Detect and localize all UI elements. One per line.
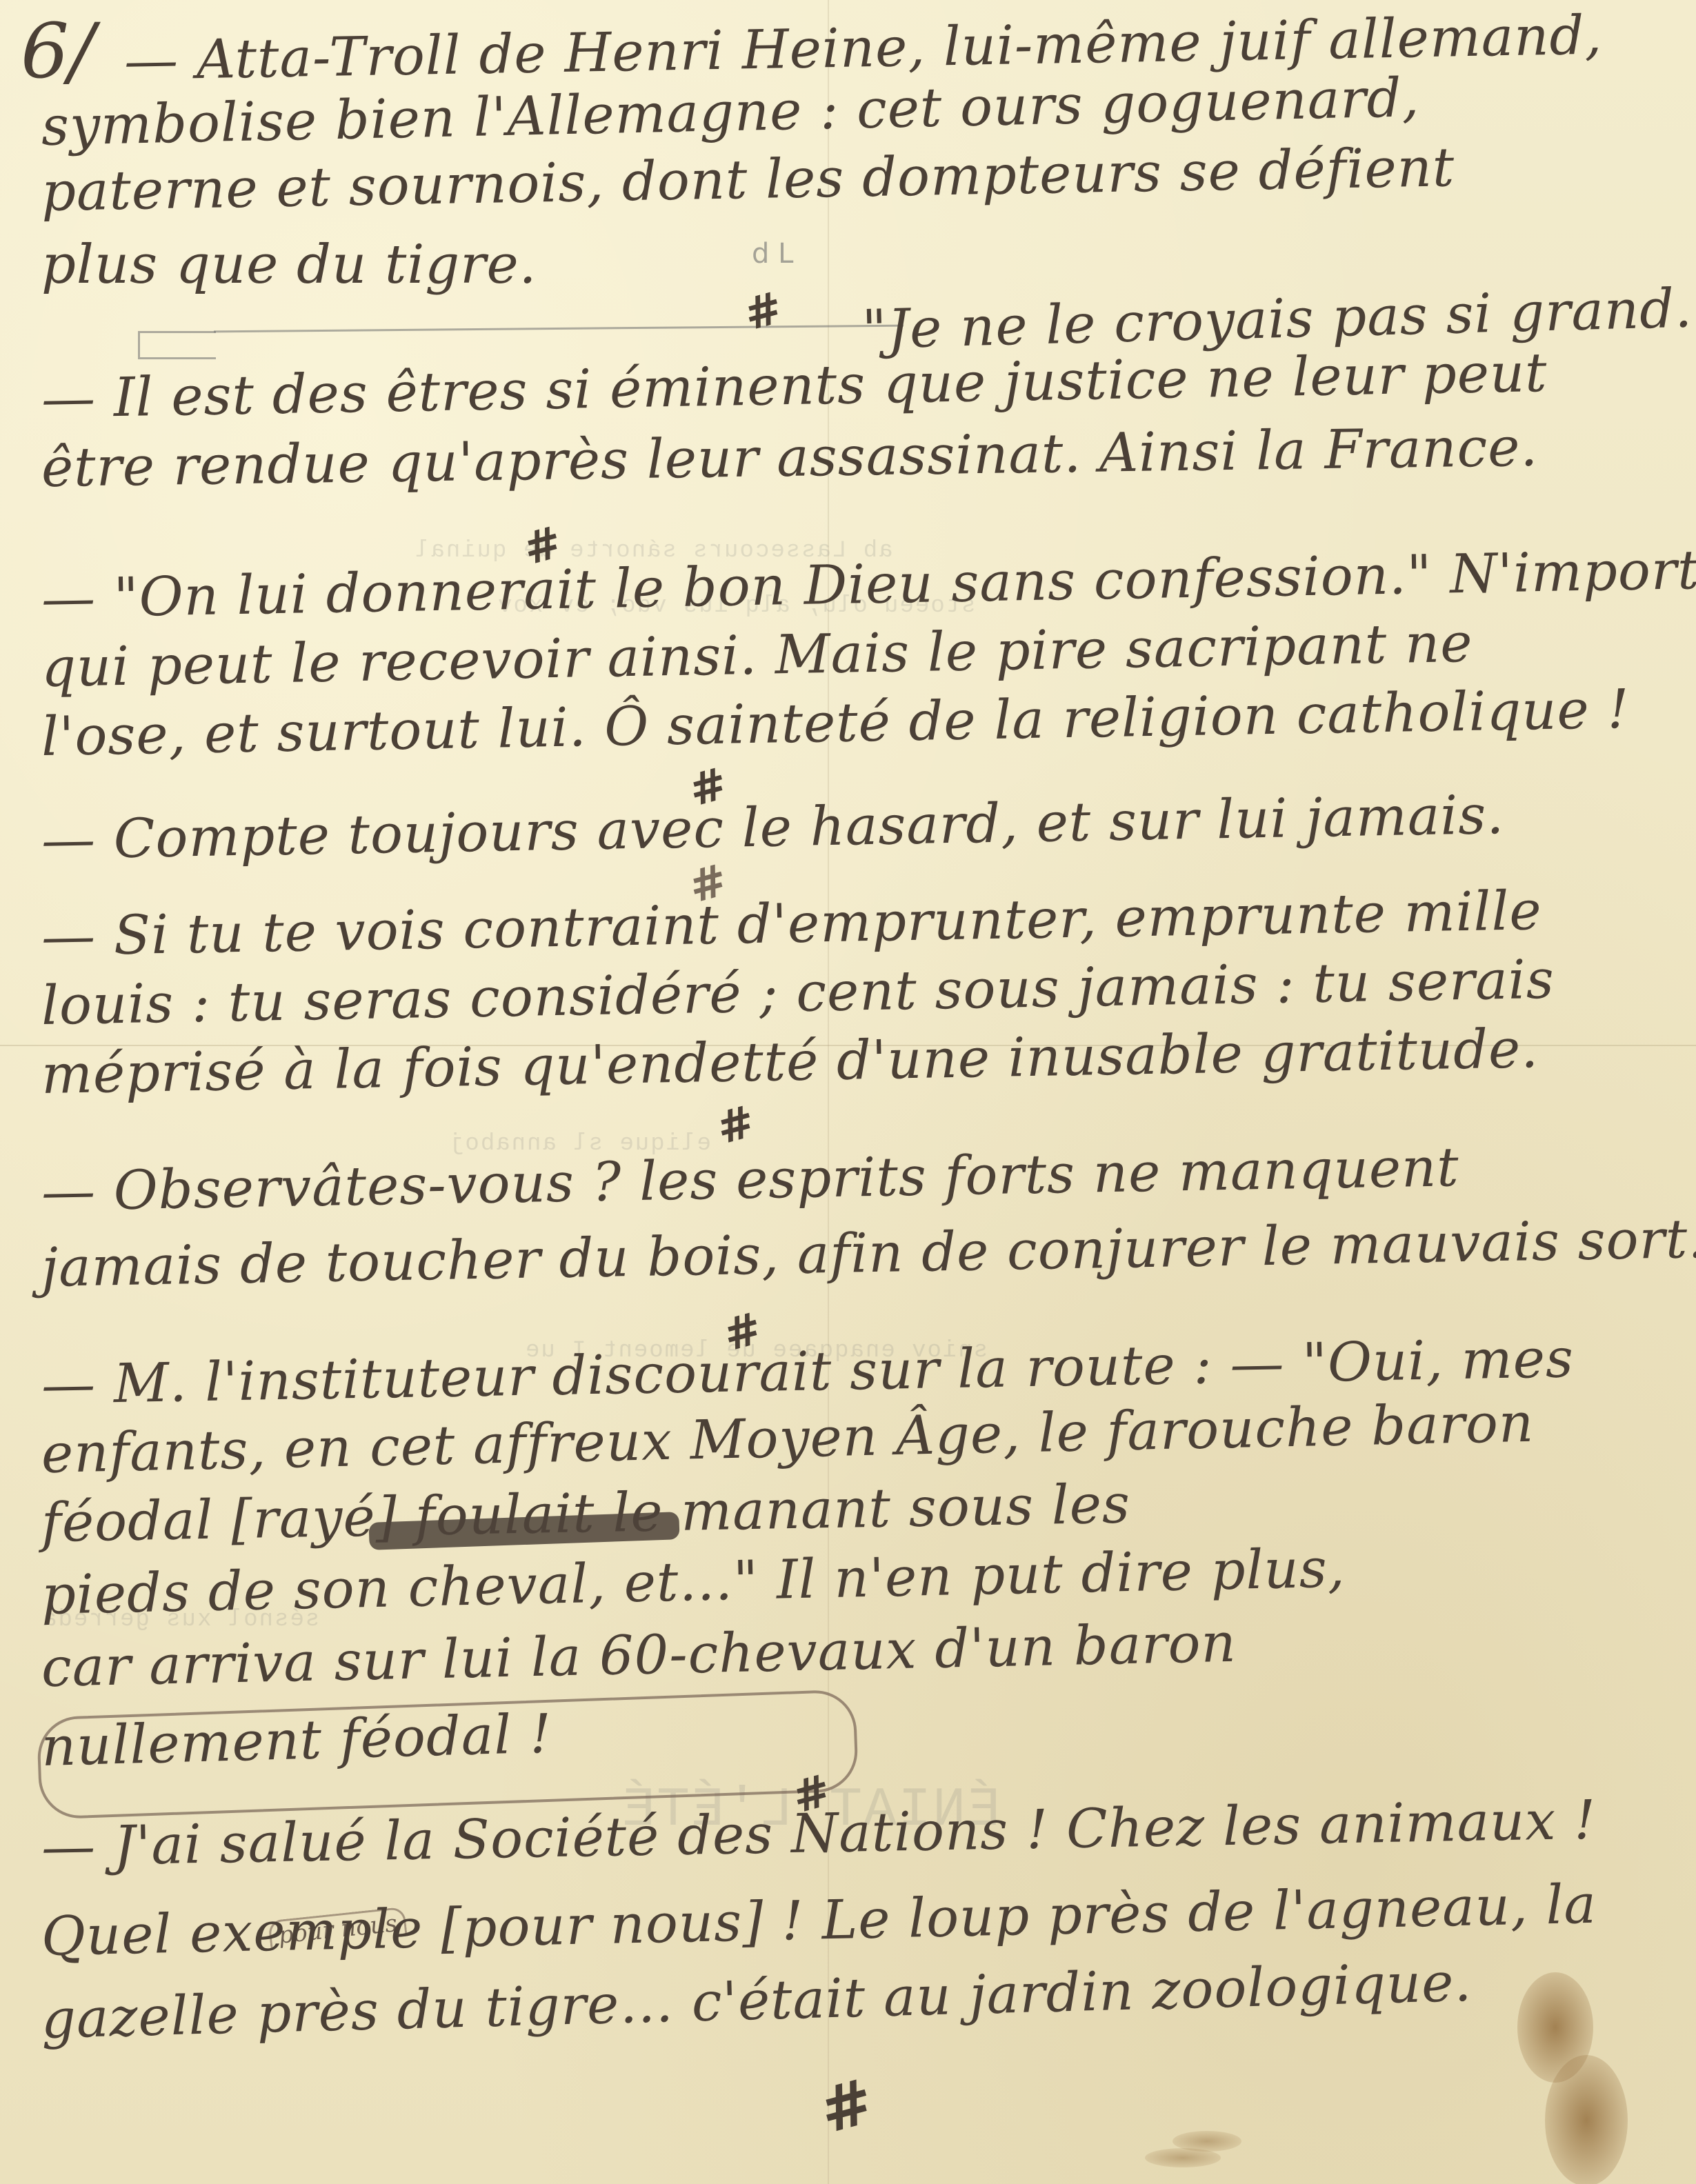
text-line: jamais de toucher du bois, afin de conju… xyxy=(41,1212,1696,1295)
pencil-note: d L xyxy=(752,238,793,270)
section-mark-icon: # xyxy=(740,285,787,338)
section-mark-icon: # xyxy=(712,1099,759,1152)
text-line: — Compte toujours avec le hasard, et sur… xyxy=(41,788,1504,868)
text-line: — Si tu te vois contraint d'emprunter, e… xyxy=(41,884,1542,964)
text-line: nullement féodal ! xyxy=(41,1707,552,1774)
text-line: plus que du tigre. xyxy=(41,238,537,292)
text-line: pieds de son cheval, et…" Il n'en put di… xyxy=(41,1541,1346,1623)
ink-stain xyxy=(1545,2055,1628,2184)
text-line: méprisé à la fois qu'endetté d'une inusa… xyxy=(41,1022,1539,1102)
pencil-guide-line xyxy=(214,325,904,333)
text-line: "Je ne le croyais pas si grand." xyxy=(861,281,1696,357)
text-line: — Observâtes-vous ? les esprits forts ne… xyxy=(41,1141,1459,1219)
text-line: Quel exemple [pour nous] ! Le loup près … xyxy=(41,1878,1597,1964)
section-mark-icon: # xyxy=(814,2070,880,2143)
text-line: gazelle près du tigre… c'était au jardin… xyxy=(41,1956,1473,2047)
manuscript-page: ab Lassecours sánorte de quinal stoeeu o… xyxy=(0,0,1696,2184)
pencil-bracket xyxy=(138,331,216,359)
ink-stain xyxy=(1145,2148,1221,2167)
text-line: qui peut le recevoir ainsi. Mais le pire… xyxy=(41,617,1473,695)
page-number: 6/ xyxy=(21,7,94,95)
text-line: — Il est des êtres si éminents que justi… xyxy=(41,346,1548,426)
text-line: être rendue qu'après leur assassinat. Ai… xyxy=(41,421,1538,495)
